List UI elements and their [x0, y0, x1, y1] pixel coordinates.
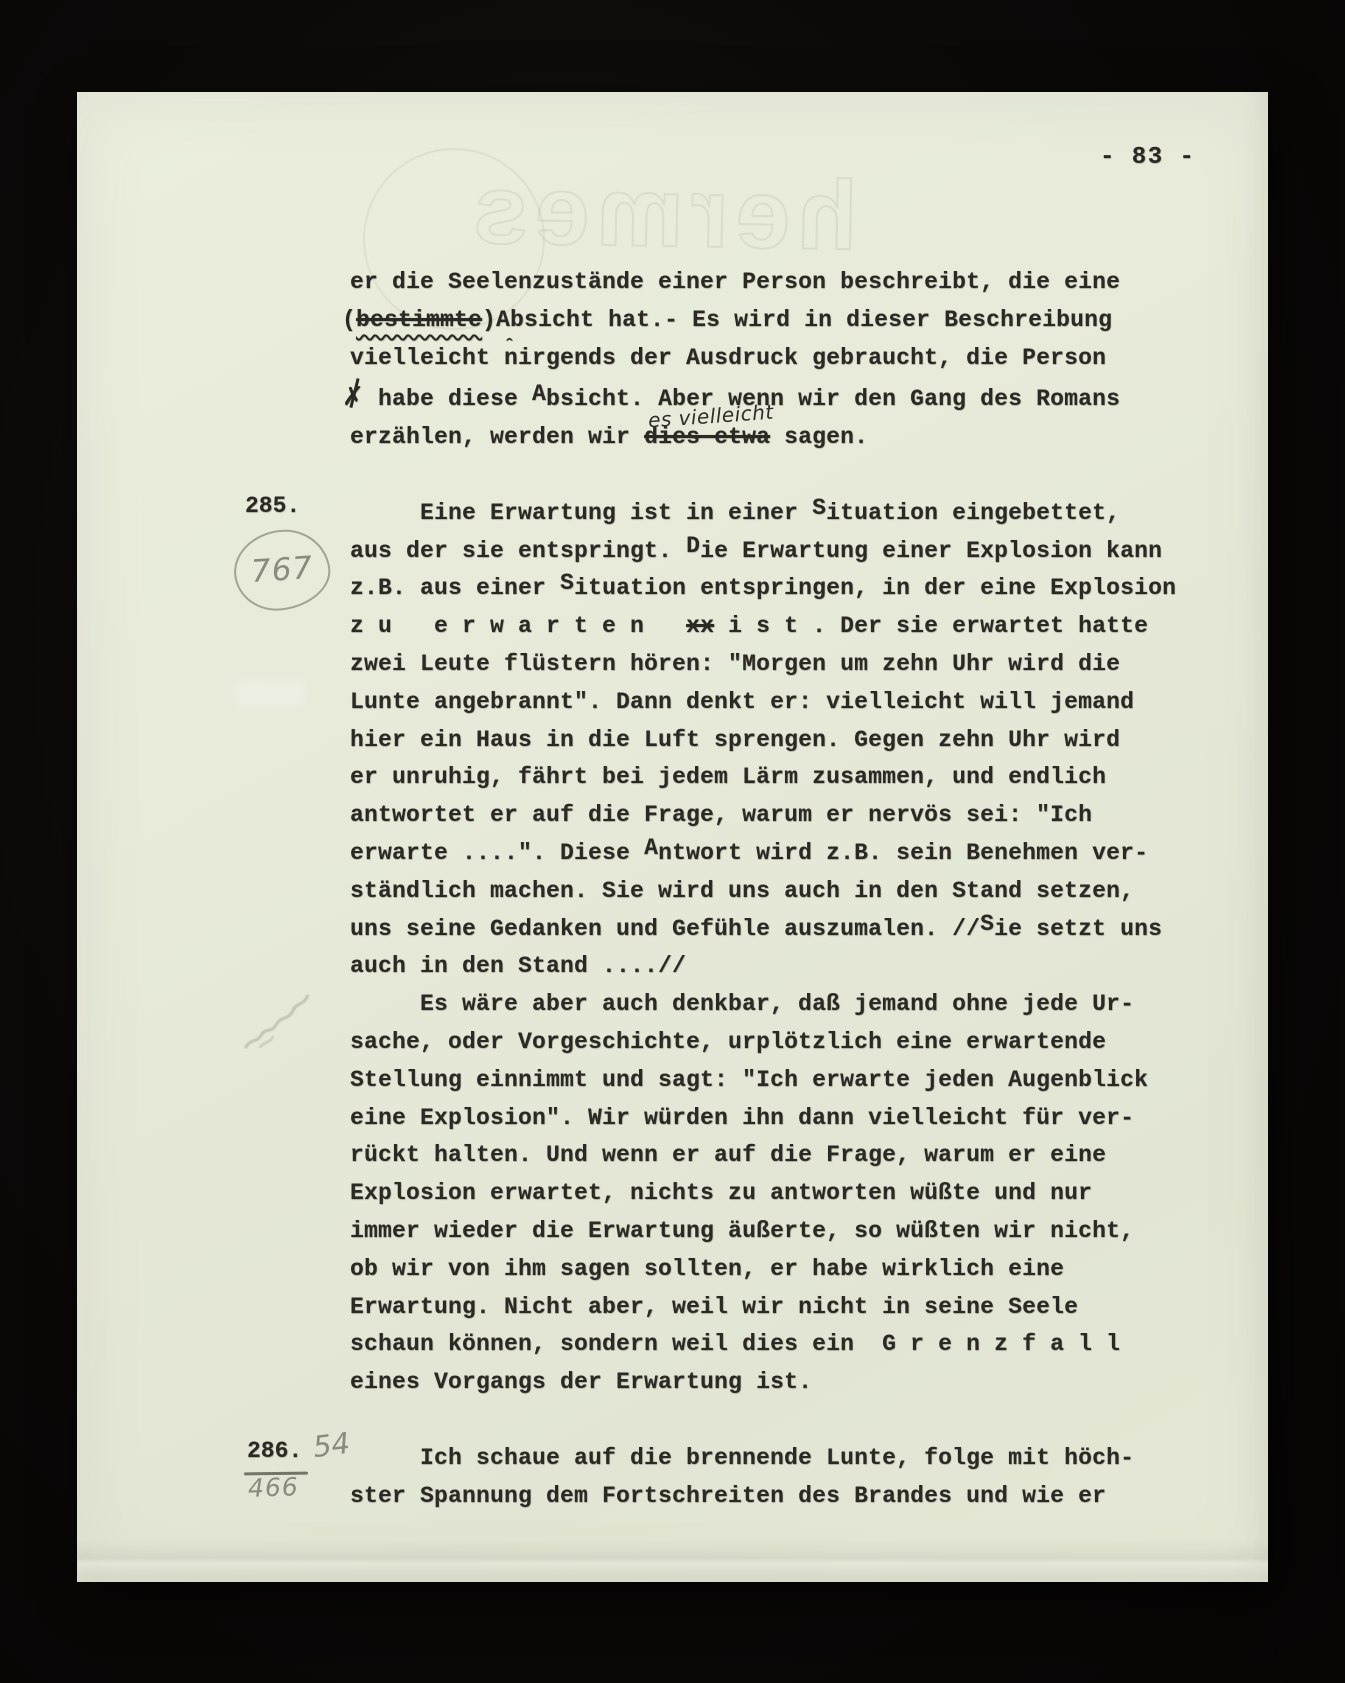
paper-crease — [77, 1540, 1268, 1576]
typescript-line: Stellung einnimmt und sagt: "Ich erwarte… — [350, 1062, 1255, 1100]
typescript-line: erzählen, werden wir dies etwaes viellei… — [350, 419, 1255, 457]
typescript-line: Eine Erwartung ist in einer Situation ei… — [350, 495, 1255, 533]
typescript-line: zwei Leute flüstern hören: "Morgen um ze… — [350, 646, 1255, 684]
typescript-line: vielleicht ˆnirgends der Ausdruck gebrau… — [350, 340, 1255, 380]
typescript-line: hier ein Haus in die Luft sprengen. Gege… — [350, 722, 1255, 760]
pencil-annotation-54: 54 — [311, 1426, 352, 1464]
typescript-line: Explosion erwartet, nichts zu antworten … — [350, 1175, 1255, 1213]
typescript-line: aus der sie entspringt. Die Erwartung ei… — [350, 533, 1255, 571]
margin-paragraph-number-286: 286. — [247, 1438, 302, 1464]
pencil-annotation-466: 466 — [248, 1472, 300, 1503]
typescript-line: uns seine Gedanken und Gefühle auszumale… — [350, 911, 1255, 949]
typescript-line: rückt halten. Und wenn er auf die Frage,… — [350, 1137, 1255, 1175]
typescript-line: auch in den Stand ....// — [350, 948, 1255, 986]
typescript-line: Ich schaue auf die brennende Lunte, folg… — [350, 1440, 1255, 1478]
embossed-mark — [235, 680, 305, 706]
circled-page-reference: 767 — [229, 524, 334, 615]
typescript-text: er die Seelenzustände einer Person besch… — [350, 264, 1255, 1515]
typescript-line: ✗ habe diese Absicht. Aber wenn wir den … — [350, 379, 1255, 419]
typescript-line: Es wäre aber auch denkbar, daß jemand oh… — [350, 986, 1255, 1024]
typescript-line: er die Seelenzustände einer Person besch… — [350, 264, 1255, 302]
typescript-line: ster Spannung dem Fortschreiten des Bran… — [350, 1478, 1255, 1516]
typescript-line: ob wir von ihm sagen sollten, er habe wi… — [350, 1251, 1255, 1289]
typescript-line: immer wieder die Erwartung äußerte, so w… — [350, 1213, 1255, 1251]
corrected-phrase: dies etwaes vielleicht — [644, 424, 770, 450]
blank-line — [350, 457, 1255, 495]
typescript-line: z.B. aus einer Situation entspringen, in… — [350, 570, 1255, 608]
circled-number: 767 — [250, 550, 315, 590]
typescript-line: antwortet er auf die Frage, warum er ner… — [350, 797, 1255, 835]
typescript-line: z u e r w a r t e n xx i s t . Der sie e… — [350, 608, 1255, 646]
typescript-line: eines Vorgangs der Erwartung ist. — [350, 1364, 1255, 1402]
typescript-line: er unruhig, fährt bei jedem Lärm zusamme… — [350, 759, 1255, 797]
typescript-line: Lunte angebrannt". Dann denkt er: vielle… — [350, 684, 1255, 722]
typescript-line: sache, oder Vorgeschichte, urplötzlich e… — [350, 1024, 1255, 1062]
typescript-line: Erwartung. Nicht aber, weil wir nicht in… — [350, 1289, 1255, 1327]
scan-background: { "document": { "page_number": "- 83 -",… — [0, 0, 1345, 1683]
typescript-line: schaun können, sondern weil dies ein G r… — [350, 1326, 1255, 1364]
margin-paragraph-number-285: 285. — [245, 493, 300, 519]
pencil-scribble — [233, 986, 327, 1059]
typescript-line: ständlich machen. Sie wird uns auch in d… — [350, 873, 1255, 911]
typescript-line: (bestimmte)Absicht hat.- Es wird in dies… — [350, 302, 1255, 340]
paper-sheet: hermes - 83 - 285. 767 er die Seelenzust… — [77, 92, 1268, 1582]
typescript-line: eine Explosion". Wir würden ihn dann vie… — [350, 1100, 1255, 1138]
blank-line — [350, 1402, 1255, 1440]
page-number: - 83 - — [1100, 144, 1195, 171]
typescript-line: erwarte ....". Diese Antwort wird z.B. s… — [350, 835, 1255, 873]
